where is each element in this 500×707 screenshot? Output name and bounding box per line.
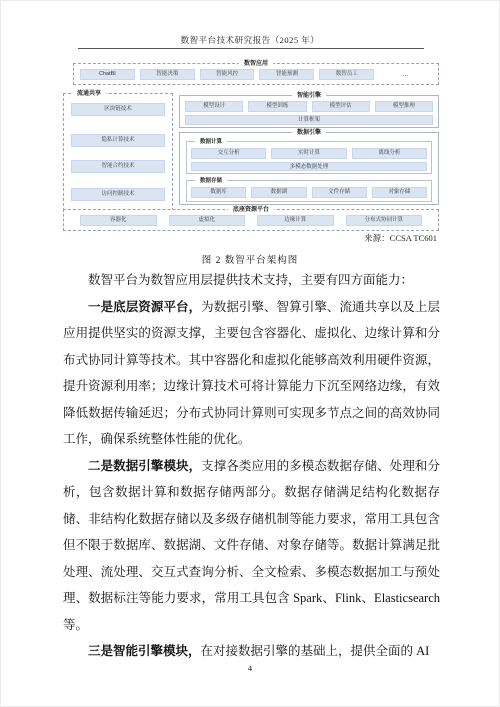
base-item: 容器化 <box>80 215 157 226</box>
paragraph-1: 一是底层资源平台，为数据引擎、智算引擎、流通共享以及上层应用提供坚实的资源支撑，… <box>63 294 440 453</box>
app-item: 智能决策 <box>140 69 195 80</box>
base-item: 虚拟化 <box>169 215 246 226</box>
app-item: ChatBI <box>80 69 135 80</box>
app-item: 智能风控 <box>200 69 255 80</box>
compute-item: 实时计算 <box>271 148 346 159</box>
paragraph-3-text: 在对接数据引擎的基础上，提供全面的 AI <box>201 644 430 658</box>
ai-item: 模型训练 <box>248 101 306 112</box>
paragraph-2-lead: 二是数据引擎模块， <box>88 459 201 473</box>
app-item: 智能预测 <box>259 69 314 80</box>
base-layer-items: 容器化 虚拟化 边缘计算 分布式协同计算 <box>80 215 422 226</box>
header-rule <box>78 48 424 49</box>
share-item: 隐私计算技术 <box>71 134 165 147</box>
data-compute-box: 数据计算 交互分析 实时计算 离线分析 多模态数据处理 <box>186 141 432 174</box>
data-engine-box: 数据引擎 数据计算 交互分析 实时计算 离线分析 多模态数据处理 数据存储 数据… <box>179 132 439 205</box>
app-layer-title: 数智应用 <box>239 60 273 68</box>
ai-engine-items: 模型设计 模型训练 模型评估 模型推理 <box>185 101 433 112</box>
base-layer-title: 底座资源平台 <box>228 206 274 214</box>
base-item: 边缘计算 <box>257 215 334 226</box>
share-item: 区块链技术 <box>71 103 165 116</box>
ai-item: 模型设计 <box>185 101 243 112</box>
paragraph-3: 三是智能引擎模块，在对接数据引擎的基础上，提供全面的 AI <box>63 638 440 665</box>
paragraph-3-lead: 三是智能引擎模块， <box>88 644 201 658</box>
data-engine-title: 数据引擎 <box>292 129 326 137</box>
app-layer-box: 数智应用 ChatBI 智能决策 智能风控 智能预测 数智员工 … <box>73 63 439 85</box>
page-number: 4 <box>1 663 499 673</box>
data-storage-items: 数据库 数据湖 文件存储 对象存储 <box>191 187 427 198</box>
compute-item: 交互分析 <box>191 148 266 159</box>
paragraph-2: 二是数据引擎模块，支撑各类应用的多模态数据存储、处理和分析，包含数据计算和数据存… <box>63 453 440 639</box>
paragraph-1-lead: 一是底层资源平台， <box>88 300 201 314</box>
data-storage-title: 数据存储 <box>195 177 227 185</box>
paragraph-1-text: 为数据引擎、智算引擎、流通共享以及上层应用提供坚实的资源支撑，主要包含容器化、虚… <box>63 300 440 447</box>
storage-item: 数据湖 <box>251 187 306 198</box>
ai-item: 模型推理 <box>375 101 433 112</box>
compute-item: 离线分析 <box>352 148 427 159</box>
storage-item: 数据库 <box>191 187 246 198</box>
share-item: 智能合约技术 <box>71 160 165 173</box>
figure-caption: 图 2 数智平台架构图 <box>1 252 499 266</box>
architecture-diagram: 数智应用 ChatBI 智能决策 智能风控 智能预测 数智员工 … 流通共享 区… <box>61 59 441 231</box>
storage-item: 对象存储 <box>372 187 427 198</box>
figure-source: 来源：CCSA TC601 <box>364 232 437 244</box>
ai-framework-item: 计算框架 <box>185 115 433 125</box>
intro-paragraph: 数智平台为数智应用层提供技术支持，主要有四方面能力： <box>63 267 440 294</box>
app-layer-items: ChatBI 智能决策 智能风控 智能预测 数智员工 … <box>80 69 432 80</box>
app-item: 数智员工 <box>319 69 374 80</box>
data-compute-title: 数据计算 <box>195 138 227 146</box>
body-text: 数智平台为数智应用层提供技术支持，主要有四方面能力： 一是底层资源平台，为数据引… <box>63 267 440 665</box>
app-more-ellipsis: … <box>379 69 432 80</box>
multimodal-item: 多模态数据处理 <box>191 162 427 171</box>
base-layer-box: 底座资源平台 容器化 虚拟化 边缘计算 分布式协同计算 <box>63 209 439 231</box>
share-item: 访问控制技术 <box>71 188 165 201</box>
ai-engine-box: 智能引擎 模型设计 模型训练 模型评估 模型推理 计算框架 <box>179 95 439 128</box>
data-storage-box: 数据存储 数据库 数据湖 文件存储 对象存储 <box>186 180 432 202</box>
base-item: 分布式协同计算 <box>346 215 423 226</box>
data-compute-items: 交互分析 实时计算 离线分析 <box>191 148 427 159</box>
ai-engine-title: 智能引擎 <box>292 92 326 100</box>
ai-item: 模型评估 <box>312 101 370 112</box>
document-page: 数智平台技术研究报告（2025 年） 数智应用 ChatBI 智能决策 智能风控… <box>0 0 500 707</box>
storage-item: 文件存储 <box>312 187 367 198</box>
report-header-title: 数智平台技术研究报告（2025 年） <box>1 34 499 46</box>
paragraph-2-text: 支撑各类应用的多模态数据存储、处理和分析，包含数据计算和数据存储两部分。数据存储… <box>63 459 440 632</box>
share-layer-title: 流通共享 <box>72 90 106 98</box>
